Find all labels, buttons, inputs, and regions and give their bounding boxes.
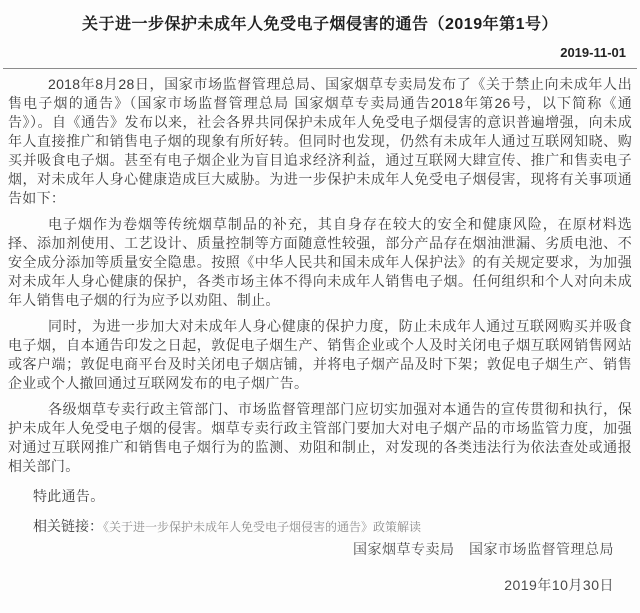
notice-document: 关于进一步保护未成年人免受电子烟侵害的通告（2019年第1号） 2019-11-… (0, 0, 640, 613)
document-body: 2018年8月28日，国家市场监督管理总局、国家烟草专卖局发布了《关于禁止向未成… (0, 69, 640, 537)
issue-date: 2019年10月30日 (0, 575, 614, 595)
related-links-row: 相关链接：《关于进一步保护未成年人免受电子烟侵害的通告》政策解读 (8, 517, 632, 537)
issuing-agencies: 国家烟草专卖局 国家市场监督管理总局 (0, 539, 614, 559)
body-paragraph-4: 各级烟草专卖行政主管部门、市场监督管理部门应切实加强对本通告的宣传贯彻和执行，保… (8, 400, 632, 476)
page-title: 关于进一步保护未成年人免受电子烟侵害的通告（2019年第1号） (0, 0, 640, 35)
closing-line: 特此通告。 (8, 487, 632, 506)
publish-date: 2019-11-01 (0, 45, 640, 60)
body-paragraph-1: 2018年8月28日，国家市场监督管理总局、国家烟草专卖局发布了《关于禁止向未成… (8, 75, 632, 208)
related-links-label: 相关链接： (33, 518, 103, 534)
body-paragraph-3: 同时，为进一步加大对未成年人身心健康的保护力度，防止未成年人通过互联网购买并吸食… (8, 317, 632, 393)
body-paragraph-2: 电子烟作为卷烟等传统烟草制品的补充，其自身存在较大的安全和健康风险，在原材料选择… (8, 215, 632, 310)
signature-block: 国家烟草专卖局 国家市场监督管理总局 2019年10月30日 (0, 539, 614, 613)
related-policy-link[interactable]: 《关于进一步保护未成年人免受电子烟侵害的通告》政策解读 (103, 520, 421, 534)
